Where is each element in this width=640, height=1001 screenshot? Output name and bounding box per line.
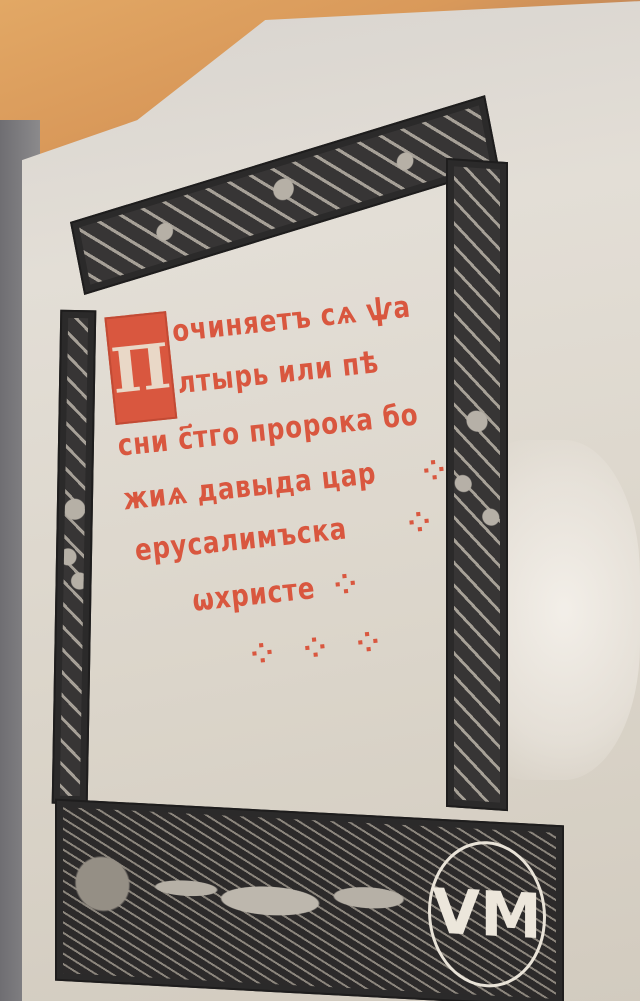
leaf-ornament-icon: ⁘ xyxy=(406,504,443,540)
title-line-6: ѡхристе xyxy=(191,571,317,619)
decorated-initial: П xyxy=(104,311,177,425)
leaf-ornament-icon: ⁘ xyxy=(420,452,457,488)
title-line-4: жиѧ давыда цар xyxy=(122,456,378,517)
leaf-ornament-icon: ⁘ xyxy=(332,566,369,602)
woodcut-border-bottom: VM xyxy=(55,799,564,1001)
title-line-1: очиняетъ сѧ ѱа xyxy=(170,290,412,350)
closing-ornament-icon: ⁘ ⁘ ⁘ xyxy=(249,624,392,671)
floral-ornament-icon xyxy=(60,318,88,796)
title-line-5: ерусалимъска xyxy=(133,511,349,568)
title-line-2: лтырь или пѣ xyxy=(176,345,381,401)
title-text: П очиняетъ сѧ ѱа лтырь или пѣ сни с҃тго … xyxy=(96,201,493,705)
